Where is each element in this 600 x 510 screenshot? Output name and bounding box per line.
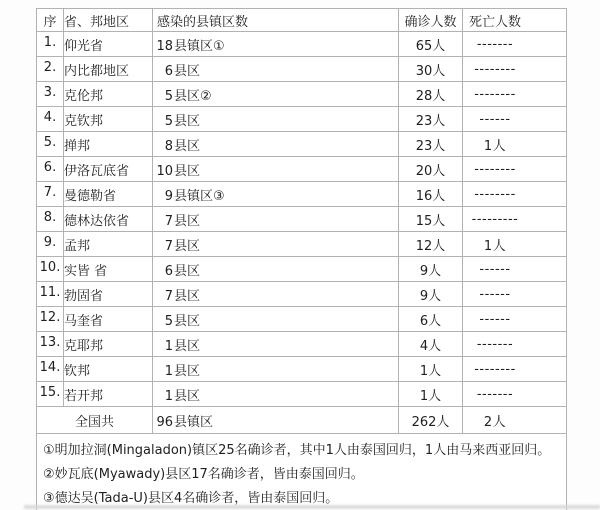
table-row: 4.克钦邦5县区23人------ [37,107,567,132]
deaths-value: -------- [463,82,567,107]
region-name: 克耶邦 [64,332,153,357]
deaths-value-text: -------- [463,187,527,202]
deaths-value: ------ [463,107,567,132]
districts-count: 7县区 [153,282,399,307]
row-seq: 6. [37,157,64,182]
confirmed-count: 1人 [399,357,463,382]
districts-count: 6县区 [153,57,399,82]
page-edge-shadow [24,505,600,509]
total-deaths: 2人 [463,407,567,434]
confirmed-count: 65人 [399,32,463,57]
deaths-value: ------ [463,257,567,282]
confirmed-count: 9人 [399,282,463,307]
districts-unit: 县区 [174,164,200,179]
deaths-value-text: ------ [463,287,527,302]
region-name: 德林达依省 [64,207,153,232]
row-seq: 9. [37,232,64,257]
row-seq-text: 4. [44,110,56,125]
row-seq-text: 5. [44,135,56,150]
deaths-value-text: ------- [463,337,527,352]
districts-number: 1 [153,364,174,379]
row-seq-text: 14. [40,360,61,375]
districts-number: 5 [153,89,174,104]
table-row: 15.若开邦1县区1人------- [37,382,567,407]
footnote-2: ②妙瓦底(Myawady)县区17名确诊者，皆由泰国回归。 [43,463,562,487]
table-row: 14.钦邦1县区1人-------- [37,357,567,382]
deaths-value: -------- [463,57,567,82]
table-row: 8.德林达依省7县区15人--------- [37,207,567,232]
deaths-value-text: ------ [463,262,527,277]
districts-unit: 县镇区① [174,39,225,54]
districts-unit: 县区 [174,339,200,354]
total-confirmed: 262人 [399,407,463,434]
total-districts: 96县镇区 [153,407,399,434]
districts-count: 5县区 [153,307,399,332]
districts-unit: 县区 [174,314,200,329]
row-seq: 12. [37,307,64,332]
deaths-value: ------- [463,332,567,357]
row-seq-text: 3. [44,85,56,100]
footnote-row: ①明加拉洞(Mingaladon)镇区25名确诊者，其中1人由泰国回归，1人由马… [37,434,567,510]
region-name: 克伦邦 [64,82,153,107]
deaths-value-text: -------- [463,87,527,102]
districts-count: 10县区 [153,157,399,182]
covid-region-table: 序 省、邦地区 感染的县镇区数 确诊人数 死亡人数 1.仰光省18县镇区①65人… [36,8,567,510]
districts-number: 10 [153,164,174,179]
deaths-value: ------ [463,282,567,307]
districts-unit: 县区 [174,289,200,304]
row-seq: 8. [37,207,64,232]
deaths-value: ------- [463,382,567,407]
districts-number: 7 [153,289,174,304]
districts-count: 5县区 [153,107,399,132]
deaths-value: -------- [463,357,567,382]
row-seq: 1. [37,32,64,57]
districts-unit: 县区 [174,139,200,154]
districts-unit: 县区 [174,114,200,129]
region-name: 伊洛瓦底省 [64,157,153,182]
row-seq: 15. [37,382,64,407]
row-seq-text: 6. [44,160,56,175]
districts-number: 7 [153,239,174,254]
districts-count: 7县区 [153,207,399,232]
table-row: 6.伊洛瓦底省10县区20人-------- [37,157,567,182]
confirmed-count: 4人 [399,332,463,357]
region-name: 孟邦 [64,232,153,257]
districts-count: 1县区 [153,332,399,357]
districts-number: 1 [153,389,174,404]
total-districts-unit: 县镇区 [174,415,213,430]
row-seq: 11. [37,282,64,307]
total-row: 全国共 96县镇区 262人 2人 [37,407,567,434]
header-confirmed: 确诊人数 [399,9,463,32]
total-districts-number: 96 [153,415,174,430]
row-seq: 5. [37,132,64,157]
deaths-value: -------- [463,182,567,207]
confirmed-count: 23人 [399,107,463,132]
districts-count: 7县区 [153,232,399,257]
row-seq: 4. [37,107,64,132]
header-row: 序 省、邦地区 感染的县镇区数 确诊人数 死亡人数 [37,9,567,32]
deaths-value-text: ------ [463,312,527,327]
districts-count: 18县镇区① [153,32,399,57]
table-row: 7.曼德勒省9县镇区③16人-------- [37,182,567,207]
region-name: 马奎省 [64,307,153,332]
deaths-value-text: -------- [463,362,527,377]
region-name: 掸邦 [64,132,153,157]
districts-unit: 县区 [174,389,200,404]
header-deaths: 死亡人数 [463,9,567,32]
deaths-value: 1人 [463,132,567,157]
row-seq: 2. [37,57,64,82]
row-seq: 3. [37,82,64,107]
total-label: 全国共 [37,407,153,434]
districts-count: 9县镇区③ [153,182,399,207]
confirmed-count: 23人 [399,132,463,157]
districts-count: 5县区② [153,82,399,107]
districts-number: 5 [153,314,174,329]
districts-number: 6 [153,264,174,279]
confirmed-count: 16人 [399,182,463,207]
districts-number: 7 [153,214,174,229]
document-page: 序 省、邦地区 感染的县镇区数 确诊人数 死亡人数 1.仰光省18县镇区①65人… [0,0,600,510]
districts-count: 8县区 [153,132,399,157]
districts-number: 9 [153,189,174,204]
districts-unit: 县区 [174,214,200,229]
confirmed-count: 30人 [399,57,463,82]
table-row: 2.内比都地区6县区30人-------- [37,57,567,82]
confirmed-count: 20人 [399,157,463,182]
deaths-value-text: 1人 [463,135,527,154]
row-seq-text: 10. [40,260,61,275]
region-name: 克钦邦 [64,107,153,132]
table-row: 10.实皆 省6县区9人------ [37,257,567,282]
table-row: 9.孟邦7县区12人1人 [37,232,567,257]
row-seq-text: 2. [44,60,56,75]
table-row: 12.马奎省5县区6人------ [37,307,567,332]
header-seq: 序 [37,9,64,32]
districts-number: 8 [153,139,174,154]
row-seq: 13. [37,332,64,357]
districts-unit: 县镇区③ [174,189,225,204]
deaths-value-text: ------- [463,37,527,52]
districts-unit: 县区 [174,264,200,279]
districts-number: 6 [153,64,174,79]
row-seq: 14. [37,357,64,382]
region-name: 仰光省 [64,32,153,57]
confirmed-count: 28人 [399,82,463,107]
districts-number: 5 [153,114,174,129]
deaths-value: -------- [463,157,567,182]
region-name: 勃固省 [64,282,153,307]
confirmed-count: 1人 [399,382,463,407]
confirmed-count: 9人 [399,257,463,282]
region-name: 若开邦 [64,382,153,407]
region-name: 实皆 省 [64,257,153,282]
table-footer: 全国共 96县镇区 262人 2人 ①明加拉洞(Mingaladon)镇区25名… [37,407,567,510]
header-region: 省、邦地区 [64,9,153,32]
row-seq-text: 1. [44,35,56,50]
row-seq: 10. [37,257,64,282]
districts-unit: 县区 [174,239,200,254]
districts-number: 18 [153,39,174,54]
table-row: 5.掸邦8县区23人1人 [37,132,567,157]
districts-number: 1 [153,339,174,354]
deaths-value-text: ------ [463,112,527,127]
districts-unit: 县区 [174,364,200,379]
deaths-value-text: -------- [463,162,527,177]
districts-unit: 县区② [174,89,212,104]
table-row: 3.克伦邦5县区②28人-------- [37,82,567,107]
deaths-value: ------ [463,307,567,332]
row-seq-text: 11. [40,285,61,300]
table-row: 11.勃固省7县区9人------ [37,282,567,307]
row-seq-text: 9. [44,235,56,250]
table-body: 1.仰光省18县镇区①65人-------2.内比都地区6县区30人------… [37,32,567,407]
districts-count: 6县区 [153,257,399,282]
districts-count: 1县区 [153,357,399,382]
deaths-value-text: 1人 [463,235,527,254]
region-name: 钦邦 [64,357,153,382]
confirmed-count: 15人 [399,207,463,232]
row-seq-text: 13. [40,335,61,350]
deaths-value: 1人 [463,232,567,257]
deaths-value-text: --------- [463,212,527,227]
region-name: 曼德勒省 [64,182,153,207]
deaths-value-text: ------- [463,387,527,402]
header-districts: 感染的县镇区数 [153,9,399,32]
deaths-value-text: -------- [463,62,527,77]
districts-count: 1县区 [153,382,399,407]
table-row: 13.克耶邦1县区4人------- [37,332,567,357]
table-header: 序 省、邦地区 感染的县镇区数 确诊人数 死亡人数 [37,9,567,32]
row-seq: 7. [37,182,64,207]
row-seq-text: 7. [44,185,56,200]
footnotes-cell: ①明加拉洞(Mingaladon)镇区25名确诊者，其中1人由泰国回归，1人由马… [37,434,567,510]
row-seq-text: 15. [40,385,61,400]
row-seq-text: 8. [44,210,56,225]
row-seq-text: 12. [40,310,61,325]
deaths-value: --------- [463,207,567,232]
districts-unit: 县区 [174,64,200,79]
table-row: 1.仰光省18县镇区①65人------- [37,32,567,57]
deaths-value: ------- [463,32,567,57]
confirmed-count: 12人 [399,232,463,257]
confirmed-count: 6人 [399,307,463,332]
total-deaths-value: 2人 [463,411,527,430]
region-name: 内比都地区 [64,57,153,82]
footnote-1: ①明加拉洞(Mingaladon)镇区25名确诊者，其中1人由泰国回归，1人由马… [43,439,562,463]
